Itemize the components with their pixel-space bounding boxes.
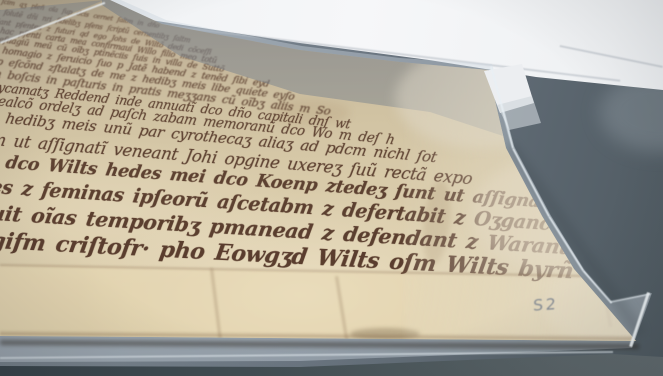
exhibit-photo: m ſcim qʒ pleñ oĩa ſup dcis cernet ſaltm… <box>0 0 663 376</box>
archival-number: S2 <box>533 294 559 315</box>
